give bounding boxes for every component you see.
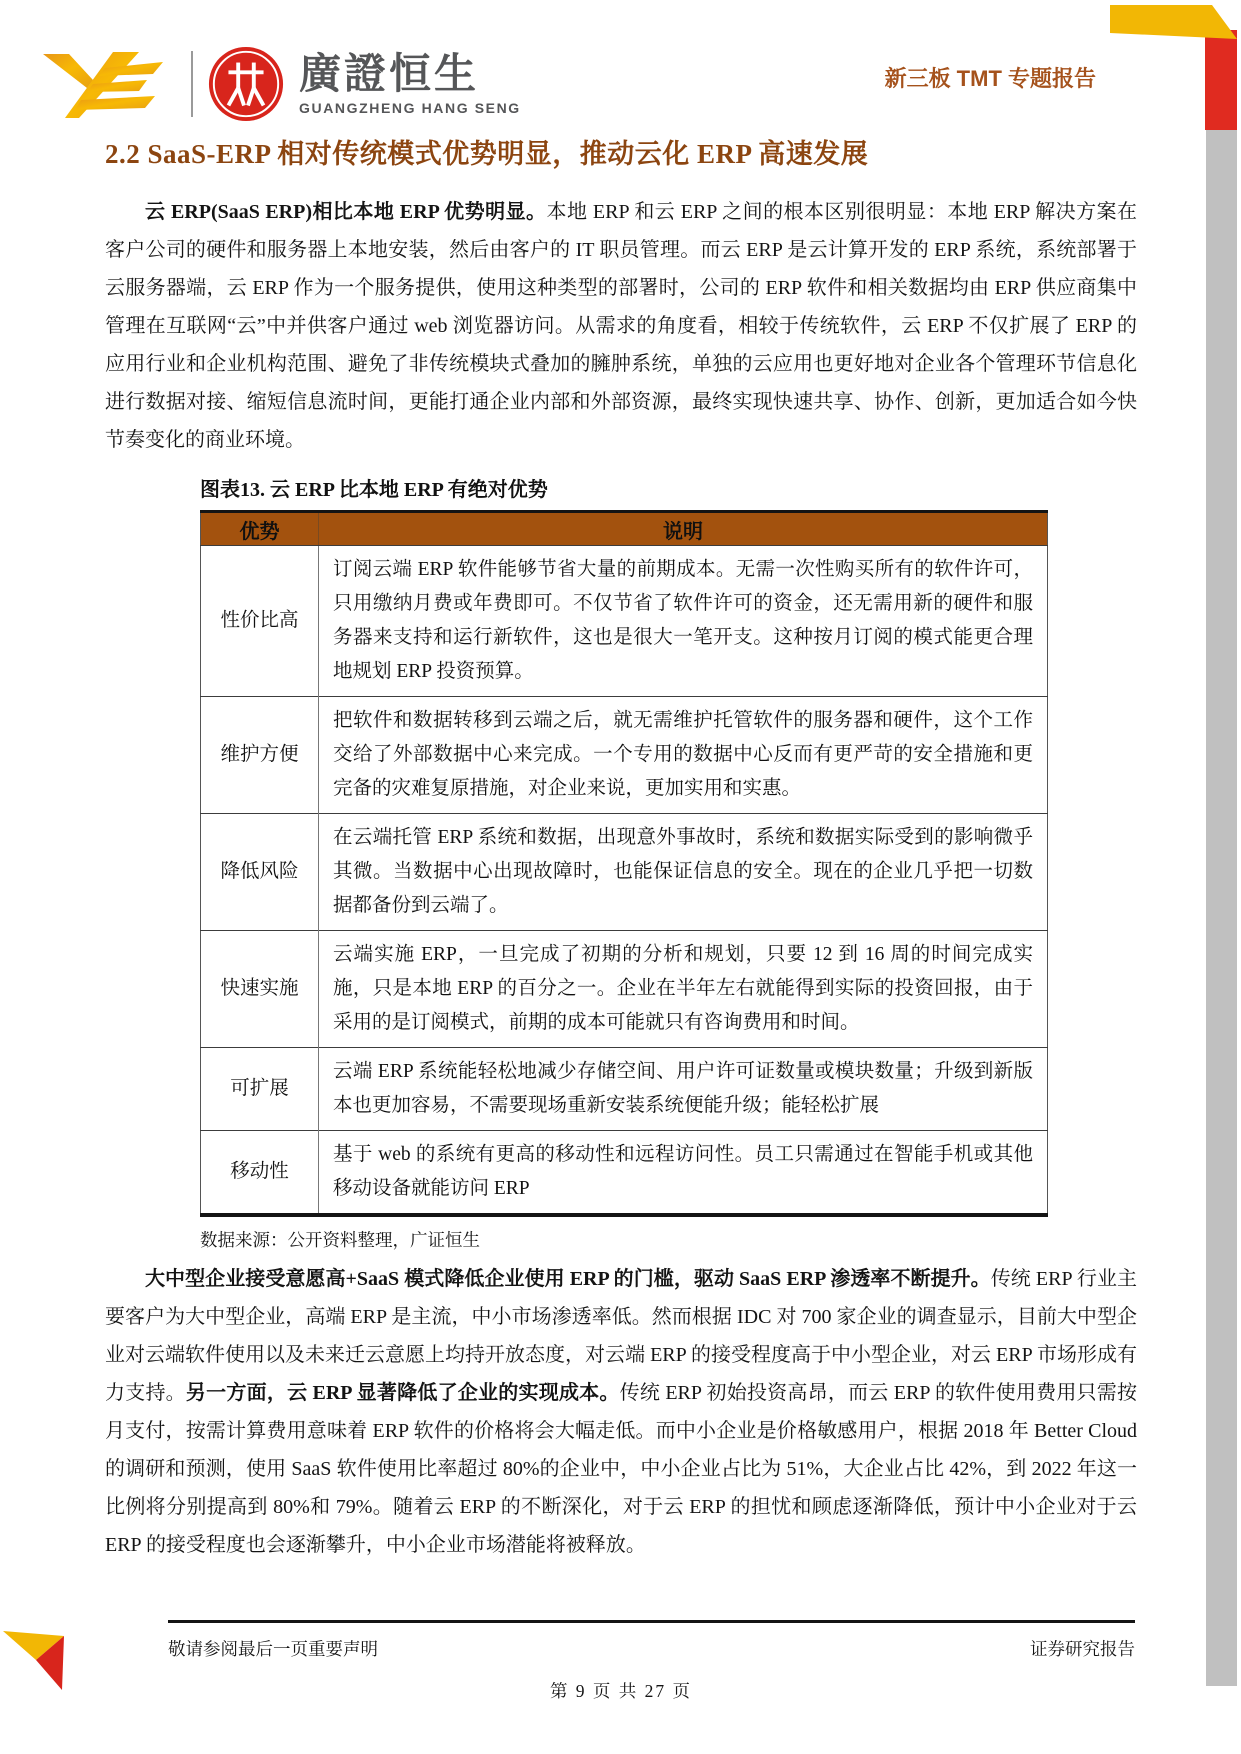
advantage-cell: 可扩展 [201,1048,319,1131]
advantage-cell: 性价比高 [201,546,319,697]
table-header-row: 优势 说明 [201,512,1048,546]
report-page: 廣證恒生 GUANGZHENG HANG SENG 新三板 TMT 专题报告 2… [0,0,1241,1754]
brand-name-en: GUANGZHENG HANG SENG [299,100,521,116]
paragraph-2-mid-bold: 另一方面，云 ERP 显著降低了企业的实现成本。 [186,1382,620,1404]
page-number: 第 9 页 共 27 页 [105,1678,1137,1703]
footer: 敬请参阅最后一页重要声明 证券研究报告 [168,1636,1135,1661]
table-row: 降低风险 在云端托管 ERP 系统和数据，出现意外事故时，系统和数据实际受到的影… [201,814,1048,931]
advantage-table: 优势 说明 性价比高 订阅云端 ERP 软件能够节省大量的前期成本。无需一次性购… [200,510,1048,1217]
figure-source: 数据来源：公开资料整理，广证恒生 [200,1227,1048,1252]
paragraph-1: 云 ERP(SaaS ERP)相比本地 ERP 优势明显。本地 ERP 和云 E… [105,193,1137,459]
page-header: 廣證恒生 GUANGZHENG HANG SENG [35,42,521,128]
advantage-cell: 维护方便 [201,697,319,814]
description-cell: 在云端托管 ERP 系统和数据，出现意外事故时，系统和数据实际受到的影响微乎其微… [319,814,1048,931]
paragraph-2: 大中型企业接受意愿高+SaaS 模式降低企业使用 ERP 的门槛，驱动 SaaS… [105,1260,1137,1564]
footer-report-type: 证券研究报告 [1030,1636,1135,1661]
footer-arrow-icon [2,1628,68,1692]
document-body: 2.2 SaaS-ERP 相对传统模式优势明显，推动云化 ERP 高速发展 云 … [105,132,1137,1564]
brand-logo: 廣證恒生 GUANGZHENG HANG SENG [35,42,521,126]
footer-disclaimer: 敬请参阅最后一页重要声明 [168,1636,378,1661]
paragraph-2-lead: 大中型企业接受意愿高+SaaS 模式降低企业使用 ERP 的门槛，驱动 SaaS… [145,1268,991,1290]
description-cell: 把软件和数据转移到云端之后，就无需维护托管软件的服务器和硬件，这个工作交给了外部… [319,697,1048,814]
paragraph-1-lead: 云 ERP(SaaS ERP)相比本地 ERP 优势明显。 [145,201,547,223]
paragraph-1-text: 本地 ERP 和云 ERP 之间的根本区别很明显：本地 ERP 解决方案在客户公… [105,201,1137,451]
table-row: 移动性 基于 web 的系统有更高的移动性和远程访问性。员工只需通过在智能手机或… [201,1131,1048,1216]
figure-caption: 图表13. 云 ERP 比本地 ERP 有绝对优势 [200,473,1048,502]
description-cell: 订阅云端 ERP 软件能够节省大量的前期成本。无需一次性购买所有的软件许可，只用… [319,546,1048,697]
advantage-cell: 降低风险 [201,814,319,931]
table-row: 维护方便 把软件和数据转移到云端之后，就无需维护托管软件的服务器和硬件，这个工作… [201,697,1048,814]
paragraph-2-text2: 传统 ERP 初始投资高昂，而云 ERP 的软件使用费用只需按月支付，按需计算费… [105,1382,1137,1556]
column-header-description: 说明 [319,512,1048,546]
advantage-cell: 快速实施 [201,931,319,1048]
section-title: 2.2 SaaS-ERP 相对传统模式优势明显，推动云化 ERP 高速发展 [105,132,1137,171]
column-header-advantage: 优势 [201,512,319,546]
logo-divider [191,51,193,117]
table-row: 可扩展 云端 ERP 系统能轻松地减少存储空间、用户许可证数量或模块数量；升级到… [201,1048,1048,1131]
corner-ribbon-icon [1105,0,1241,135]
right-edge-gray-bar [1206,130,1237,1686]
figure-13: 图表13. 云 ERP 比本地 ERP 有绝对优势 优势 说明 性价比高 订阅云… [200,473,1048,1252]
table-row: 快速实施 云端实施 ERP，一旦完成了初期的分析和规划，只要 12 到 16 周… [201,931,1048,1048]
description-cell: 云端实施 ERP，一旦完成了初期的分析和规划，只要 12 到 16 周的时间完成… [319,931,1048,1048]
advantage-cell: 移动性 [201,1131,319,1216]
description-cell: 基于 web 的系统有更高的移动性和远程访问性。员工只需通过在智能手机或其他移动… [319,1131,1048,1216]
description-cell: 云端 ERP 系统能轻松地减少存储空间、用户许可证数量或模块数量；升级到新版本也… [319,1048,1048,1131]
brand-emblem-icon [207,45,285,123]
table-row: 性价比高 订阅云端 ERP 软件能够节省大量的前期成本。无需一次性购买所有的软件… [201,546,1048,697]
report-series-tag: 新三板 TMT 专题报告 [885,62,1096,93]
ye-logo-icon [35,42,185,126]
brand-text: 廣證恒生 GUANGZHENG HANG SENG [299,52,521,115]
footer-rule [168,1620,1135,1623]
brand-name-cn: 廣證恒生 [299,52,521,96]
